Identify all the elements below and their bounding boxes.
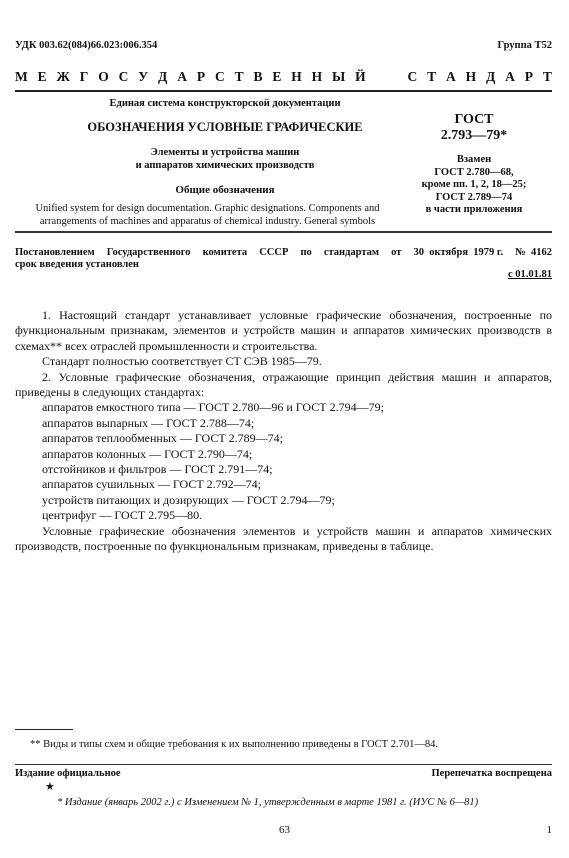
heading-letter: Д — [486, 69, 495, 85]
star-icon: ★ — [45, 780, 55, 793]
heading-letter: В — [253, 69, 262, 85]
gost-number: 2.793—79* — [392, 128, 556, 144]
page-number: 63 — [0, 824, 569, 836]
heading-letter: О — [98, 69, 109, 85]
gost-designation: ГОСТ 2.793—79* Взамен ГОСТ 2.780—68, кро… — [392, 112, 556, 217]
decree-word: СССР — [259, 247, 288, 259]
decree-word: комитета — [203, 247, 248, 259]
heading-letter: А — [177, 69, 187, 85]
heading-letter: М — [15, 69, 28, 85]
system-name: Единая система конструкторской документа… — [60, 98, 390, 109]
paragraph-2: 2. Условные графические обозначения, отр… — [15, 370, 552, 401]
heading-letter: Н — [291, 69, 302, 85]
effective-date: с 01.01.81 — [508, 269, 552, 280]
heading-letter: Д — [158, 69, 167, 85]
heading-letter: Н — [312, 69, 323, 85]
list-item: аппаратов сушильных — ГОСТ 2.792—74; — [15, 477, 552, 492]
header-rule — [15, 90, 552, 92]
heading-letter: У — [138, 69, 148, 85]
list-item: аппаратов емкостного типа — ГОСТ 2.780—9… — [15, 400, 552, 415]
english-title: Unified system for design documentation.… — [15, 202, 400, 228]
footer-rule — [15, 764, 552, 765]
heading-letter: Т — [543, 69, 552, 85]
decree-word: по — [300, 247, 311, 259]
heading-letter: Е — [272, 69, 281, 85]
heading-letter: Р — [197, 69, 205, 85]
heading-letter: С — [119, 69, 129, 85]
decree-statement: ПостановлениемГосударственногокомитетаСС… — [15, 247, 552, 271]
heading-letter: А — [446, 69, 456, 85]
decree-line: ПостановлениемГосударственногокомитетаСС… — [15, 247, 552, 259]
decree-word: Постановлением — [15, 247, 95, 259]
replaces-note: Взамен ГОСТ 2.780—68, кроме пп. 1, 2, 18… — [392, 154, 556, 217]
document-title: ОБОЗНАЧЕНИЯ УСЛОВНЫЕ ГРАФИЧЕСКИЕ — [60, 120, 390, 135]
list-item: устройств питающих и дозирующих — ГОСТ 2… — [15, 493, 552, 508]
document-subtitle: Элементы и устройства машин и аппаратов … — [60, 146, 390, 172]
heading-letter: А — [505, 69, 515, 85]
heading-letter: Й — [355, 69, 366, 85]
paragraph-1: 1. Настоящий стандарт устанавливает усло… — [15, 308, 552, 354]
decree-word: от — [391, 247, 401, 259]
heading-letter: С — [407, 69, 417, 85]
list-item: отстойников и фильтров — ГОСТ 2.791—74; — [15, 462, 552, 477]
general-designations: Общие обозначения — [60, 184, 390, 196]
official-edition: Издание официальное — [15, 768, 121, 779]
decree-word: 30 октября 1979 г. — [413, 247, 503, 259]
reprint-prohibited: Перепечатка воспрещена — [432, 768, 552, 779]
udk-code: УДК 003.62(084)66.023:006.354 — [15, 40, 157, 51]
title-rule — [15, 231, 552, 233]
heading-letter: Е — [38, 69, 47, 85]
decree-effective-label: срок введения установлен — [15, 259, 552, 271]
edition-note: * Издание (январь 2002 г.) с Изменением … — [57, 797, 478, 808]
heading-letter: Н — [466, 69, 477, 85]
sheet-number: 1 — [547, 824, 553, 836]
interstate-standard-heading: МЕЖГОСУДАРСТВЕННЫЙСТАНДАРТ — [15, 68, 552, 86]
heading-letter: Ы — [332, 69, 345, 85]
gost-label: ГОСТ — [392, 112, 556, 128]
heading-letter: Ж — [57, 69, 70, 85]
heading-letter: С — [215, 69, 225, 85]
decree-word: № 4162 — [515, 247, 552, 259]
footnote-rule — [15, 729, 73, 730]
list-item: центрифуг — ГОСТ 2.795—80. — [15, 508, 552, 523]
decree-word: Государственного — [107, 247, 191, 259]
list-item: аппаратов теплообменных — ГОСТ 2.789—74; — [15, 431, 552, 446]
document-body: 1. Настоящий стандарт устанавливает усло… — [15, 308, 552, 555]
standards-list: аппаратов емкостного типа — ГОСТ 2.780—9… — [15, 400, 552, 523]
paragraph-1b: Стандарт полностью соответствует СТ СЭВ … — [15, 354, 552, 369]
list-item: аппаратов выпарных — ГОСТ 2.788—74; — [15, 416, 552, 431]
title-block: Единая система конструкторской документа… — [60, 98, 390, 196]
footnote: ** Виды и типы схем и общие требования к… — [30, 739, 438, 750]
list-item: аппаратов колонных — ГОСТ 2.790—74; — [15, 447, 552, 462]
heading-letter: Р — [525, 69, 533, 85]
paragraph-3: Условные графические обозначения элемент… — [15, 524, 552, 555]
decree-word: стандартам — [324, 247, 379, 259]
heading-letter: Г — [80, 69, 89, 85]
group-code: Группа Т52 — [498, 40, 552, 51]
heading-letter: Т — [235, 69, 244, 85]
heading-letter: Т — [427, 69, 436, 85]
